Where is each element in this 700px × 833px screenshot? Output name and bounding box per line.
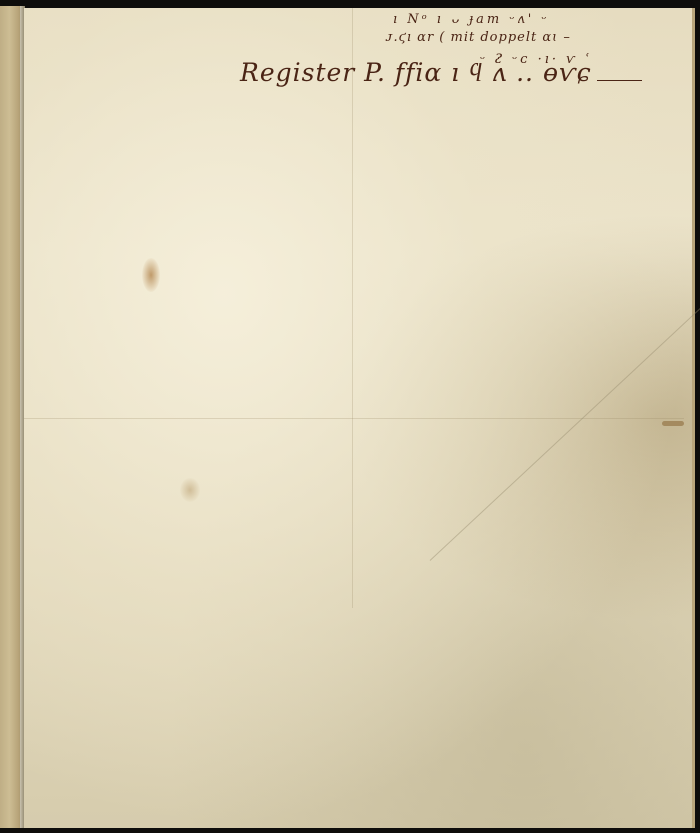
handwriting-line-2: ᴊ.ϛı ɑr ( mit doppelt ɑɩ – xyxy=(386,30,571,45)
water-stain xyxy=(180,478,200,502)
page-tear xyxy=(662,421,684,426)
horizontal-fold-line xyxy=(24,418,684,419)
ink-stain xyxy=(142,258,160,292)
register-title-line: Register P. ffiα ı ϥ ʌ .. ɵⱱɕ xyxy=(240,58,592,88)
handwriting-line-1: ı Nᵒ ı ᴗ ɟam ᵕʌ' ᵕ xyxy=(393,12,549,27)
vertical-fold-line xyxy=(352,8,353,608)
underline-mark xyxy=(597,80,642,81)
